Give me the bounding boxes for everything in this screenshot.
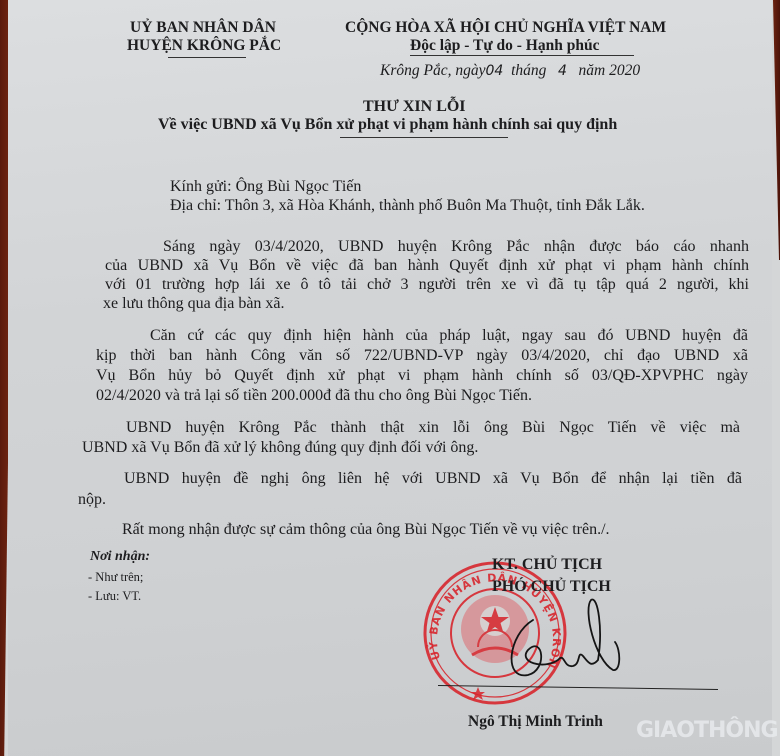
paragraph-2-line-4: 02/4/2020 và trả lại số tiền 200.000đ đã… xyxy=(96,386,532,406)
paragraph-2-line-1: Căn cứ các quy định hiện hành của pháp l… xyxy=(150,326,748,346)
paragraph-4-line-1: UBND huyện đề nghị ông liên hệ với UBND … xyxy=(124,469,742,489)
organization-name-line2: HUYỆN KRÔNG PẮC xyxy=(127,37,281,55)
signatory-title-line1: KT. CHỦ TỊCH xyxy=(492,556,602,574)
paragraph-2-line-3: Vụ Bổn hủy bỏ Quyết định xử phạt vi phạm… xyxy=(96,366,748,386)
date-line: Krông Pắc, ngày04 tháng 4 năm 2020 xyxy=(380,62,640,80)
recipient-address: Địa chỉ: Thôn 3, xã Hòa Khánh, thành phố… xyxy=(170,196,645,216)
publisher-watermark: GIAOTHÔNG xyxy=(636,718,778,743)
paragraph-1-line-3: với 01 trường hợp lái xe ô tô tải chở 3 … xyxy=(105,275,749,295)
date-year: năm 2020 xyxy=(579,62,641,79)
recipients-title: Nơi nhận: xyxy=(90,549,150,565)
date-month: 4 xyxy=(558,63,567,79)
national-motto: Độc lập - Tự do - Hạnh phúc xyxy=(410,37,599,55)
subject-underline xyxy=(340,137,508,138)
recipients-item-2: - Lưu: VT. xyxy=(88,589,141,604)
motto-underline xyxy=(410,55,634,56)
paragraph-1-line-2: của UBND xã Vụ Bổn về việc đã ban hành Q… xyxy=(105,256,749,276)
handwritten-signature-icon xyxy=(503,590,653,690)
paragraph-1-line-4: xe lưu thông qua địa bàn xã. xyxy=(103,294,285,314)
paragraph-1-line-1: Sáng ngày 03/4/2020, UBND huyện Krông Pắ… xyxy=(163,237,749,257)
document-page: UỶ BAN NHÂN DÂN HUYỆN KRÔNG PẮC CỘNG HÒA… xyxy=(8,0,772,756)
date-prefix: Krông Pắc, ngày xyxy=(380,62,485,79)
date-day: 04 xyxy=(485,63,503,79)
organization-name-line1: UỶ BAN NHÂN DÂN xyxy=(130,19,276,37)
date-month-label: tháng xyxy=(511,62,546,79)
organization-underline xyxy=(168,57,246,58)
recipient-salutation: Kính gửi: Ông Bùi Ngọc Tiến xyxy=(170,177,361,197)
recipients-item-1: - Như trên; xyxy=(88,570,143,585)
document-title: THƯ XIN LỖI xyxy=(363,98,466,116)
paragraph-3-line-2: UBND xã Vụ Bổn đã xử lý không đúng quy đ… xyxy=(82,438,478,458)
paragraph-5: Rất mong nhận được sự cảm thông của ông … xyxy=(122,520,610,540)
signer-name: Ngô Thị Minh Trinh xyxy=(468,713,603,731)
national-title: CỘNG HÒA XÃ HỘI CHỦ NGHĨA VIỆT NAM xyxy=(345,19,666,37)
document-subject: Về việc UBND xã Vụ Bổn xử phạt vi phạm h… xyxy=(158,116,617,134)
paragraph-3-line-1: UBND huyện Krông Pắc thành thật xin lỗi … xyxy=(126,418,740,438)
paragraph-4-line-2: nộp. xyxy=(78,490,106,510)
paragraph-2-line-2: kịp thời ban hành Công văn số 722/UBND-V… xyxy=(96,346,748,366)
